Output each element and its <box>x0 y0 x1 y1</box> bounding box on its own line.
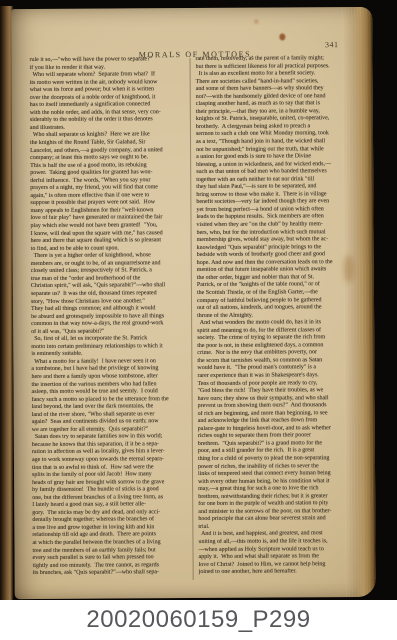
book-page: MORALS OF MOTTOES. 341 rule it so,—"who … <box>11 7 376 599</box>
text-line: joined to one another, here and hereafte… <box>199 568 345 576</box>
text-line: its branches, ask "Quis separabit?"—who … <box>33 569 187 577</box>
page-edges <box>342 7 376 597</box>
text-line: common in that way now-a-days, the real … <box>31 320 185 328</box>
scan-id-text: 20020060159_P299 <box>86 606 310 634</box>
text-line: age to work someway upon towards the ete… <box>32 456 186 464</box>
text-line: hood principle that can alone bear sever… <box>198 515 344 523</box>
column-rule <box>190 58 194 580</box>
text-block: rule it so,—"who will have the power to … <box>29 55 344 581</box>
stain-spot <box>254 20 258 24</box>
stain-smudge <box>344 255 354 283</box>
book-scan-photo: MORALS OF MOTTOES. 341 rule it so,—"who … <box>0 0 397 640</box>
page-number: 341 <box>325 40 339 49</box>
right-column: rate them, resolvedly, as the parent of … <box>195 55 344 580</box>
stain-spot <box>279 33 285 40</box>
text-line: such as that union of bad men who banded… <box>196 168 342 176</box>
left-column: rule it so,—"who will have the power to … <box>29 56 186 581</box>
page-header: MORALS OF MOTTOES. 341 <box>29 40 342 52</box>
scan-label-strip: 20020060159_P299 <box>0 600 397 640</box>
text-line: out of all nations, kindreds, and tongue… <box>197 304 343 312</box>
text-line: motto into certain preliminary relations… <box>31 343 185 351</box>
text-line: thing for a child of poverty to plead th… <box>198 455 344 463</box>
